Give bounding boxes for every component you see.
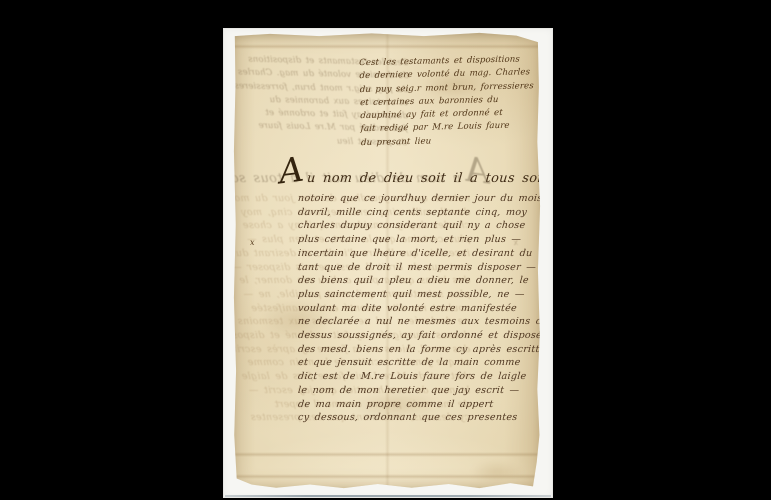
text-line: plus sainctement quil mest possible, ne … bbox=[297, 288, 541, 302]
docket-title-block: Cest les testamants et dispositionsde de… bbox=[359, 53, 541, 150]
opening-line-text: u nom de dieu soit il a tous soit bbox=[306, 171, 541, 186]
text-line: davril, mille cinq cents septante cinq, … bbox=[297, 206, 541, 220]
text-line: le nom de mon heretier que jay escrit — bbox=[297, 384, 541, 398]
text-line: notoire que ce jourdhuy dernier jour du … bbox=[297, 192, 541, 206]
handwriting-layer: Cest les testamants et dispositionsde de… bbox=[233, 32, 541, 490]
opening-line: A u nom de dieu soit il a tous soit bbox=[279, 156, 541, 190]
text-line: plus certaine que la mort, et rien plus … bbox=[297, 233, 541, 247]
manuscript-photograph: Cest les testamants et dispositionsde de… bbox=[223, 28, 553, 498]
text-line: des biens quil a pleu a dieu me donner, … bbox=[297, 274, 541, 288]
letterboxed-scene: Cest les testamants et dispositionsde de… bbox=[0, 0, 771, 500]
text-line: cy dessous, ordonnant que ces presentes bbox=[297, 411, 541, 425]
text-line: tant que de droit il mest permis dispose… bbox=[297, 261, 541, 275]
text-line: voulant ma dite volonté estre manifestée bbox=[297, 302, 541, 316]
text-line: incertain que lheure d'icelle, et desira… bbox=[297, 247, 541, 261]
body-text-lines: notoire que ce jourdhuy dernier jour du … bbox=[298, 192, 541, 425]
text-line: des mesd. biens en la forme cy après esc… bbox=[297, 343, 541, 357]
text-line: dict est de M.re Louis faure fors de lai… bbox=[297, 370, 541, 384]
text-line: et que jensuit escritte de la main comme bbox=[297, 356, 541, 370]
text-line: dessus soussignés, ay fait ordonné et di… bbox=[297, 329, 541, 343]
text-line: ne declarée a nul ne mesmes aux tesmoins… bbox=[297, 315, 541, 329]
testament-body: A u nom de dieu soit il a tous soit noto… bbox=[279, 156, 541, 425]
drop-cap-initial: A bbox=[277, 155, 305, 188]
text-line: de ma main propre comme il appert bbox=[297, 398, 541, 412]
margin-mark: x bbox=[250, 238, 255, 247]
manuscript-page: Cest les testamants et dispositionsde de… bbox=[233, 32, 541, 490]
photo-bottom-shadow bbox=[225, 495, 551, 497]
text-line: charles dupuy considerant quil ny a chos… bbox=[297, 219, 541, 233]
